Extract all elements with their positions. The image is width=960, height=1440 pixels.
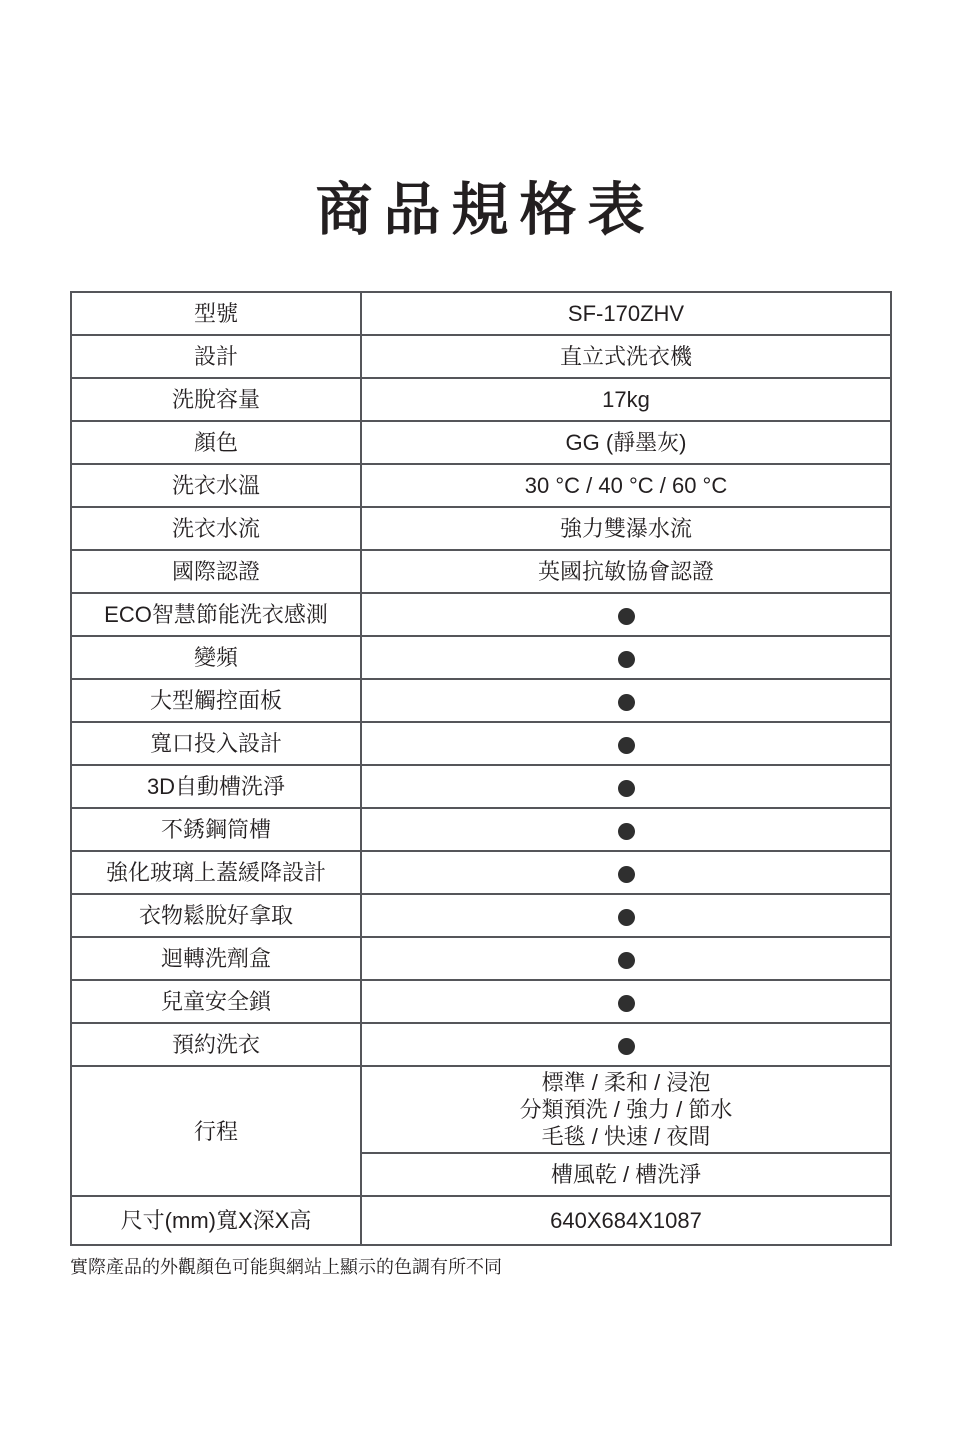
- spec-value: 強力雙瀑水流: [361, 507, 891, 550]
- spec-value: [361, 679, 891, 722]
- spec-label: 國際認證: [71, 550, 361, 593]
- page-title: 商品規格表: [0, 176, 960, 244]
- table-row: 型號SF-170ZHV: [71, 292, 891, 335]
- spec-label: 迴轉洗劑盒: [71, 937, 361, 980]
- spec-value: [361, 722, 891, 765]
- table-row: 衣物鬆脫好拿取: [71, 894, 891, 937]
- spec-label: 變頻: [71, 636, 361, 679]
- table-row: 國際認證英國抗敏協會認證: [71, 550, 891, 593]
- feature-dot-icon: [618, 694, 635, 711]
- feature-dot-icon: [618, 737, 635, 754]
- spec-label: ECO智慧節能洗衣感測: [71, 593, 361, 636]
- table-row: 寬口投入設計: [71, 722, 891, 765]
- table-row: 大型觸控面板: [71, 679, 891, 722]
- spec-table: 型號SF-170ZHV設計直立式洗衣機洗脫容量17kg顏色GG (靜墨灰)洗衣水…: [70, 291, 892, 1246]
- feature-dot-icon: [618, 866, 635, 883]
- table-row: 不銹鋼筒槽: [71, 808, 891, 851]
- program-line: 分類預洗 / 強力 / 節水: [368, 1096, 884, 1123]
- feature-dot-icon: [618, 909, 635, 926]
- spec-value: 640X684X1087: [361, 1196, 891, 1245]
- spec-label: 衣物鬆脫好拿取: [71, 894, 361, 937]
- spec-label: 不銹鋼筒槽: [71, 808, 361, 851]
- feature-dot-icon: [618, 823, 635, 840]
- spec-label: 尺寸(mm)寬X深X高: [71, 1196, 361, 1245]
- spec-value: [361, 593, 891, 636]
- spec-label: 洗脫容量: [71, 378, 361, 421]
- table-row: 洗脫容量17kg: [71, 378, 891, 421]
- program-line: 毛毯 / 快速 / 夜間: [368, 1123, 884, 1150]
- table-row: 行程標準 / 柔和 / 浸泡分類預洗 / 強力 / 節水毛毯 / 快速 / 夜間: [71, 1066, 891, 1153]
- spec-label: 洗衣水流: [71, 507, 361, 550]
- table-row: 設計直立式洗衣機: [71, 335, 891, 378]
- feature-dot-icon: [618, 1038, 635, 1055]
- table-row: 變頻: [71, 636, 891, 679]
- spec-label: 洗衣水溫: [71, 464, 361, 507]
- spec-value: SF-170ZHV: [361, 292, 891, 335]
- spec-label: 3D自動槽洗淨: [71, 765, 361, 808]
- spec-value: 17kg: [361, 378, 891, 421]
- feature-dot-icon: [618, 995, 635, 1012]
- table-row: 兒童安全鎖: [71, 980, 891, 1023]
- table-row: 預約洗衣: [71, 1023, 891, 1066]
- spec-label: 兒童安全鎖: [71, 980, 361, 1023]
- feature-dot-icon: [618, 952, 635, 969]
- table-row: 強化玻璃上蓋緩降設計: [71, 851, 891, 894]
- feature-dot-icon: [618, 780, 635, 797]
- spec-value: [361, 937, 891, 980]
- spec-value: 直立式洗衣機: [361, 335, 891, 378]
- table-row: 洗衣水溫30 °C / 40 °C / 60 °C: [71, 464, 891, 507]
- spec-label: 行程: [71, 1066, 361, 1196]
- spec-value: [361, 808, 891, 851]
- feature-dot-icon: [618, 608, 635, 625]
- footnote: 實際產品的外觀顏色可能與網站上顯示的色調有所不同: [70, 1255, 960, 1279]
- spec-label: 設計: [71, 335, 361, 378]
- table-row: 洗衣水流強力雙瀑水流: [71, 507, 891, 550]
- table-row: 顏色GG (靜墨灰): [71, 421, 891, 464]
- spec-value: [361, 980, 891, 1023]
- spec-label: 寬口投入設計: [71, 722, 361, 765]
- spec-value: [361, 851, 891, 894]
- spec-value: GG (靜墨灰): [361, 421, 891, 464]
- table-row: 尺寸(mm)寬X深X高640X684X1087: [71, 1196, 891, 1245]
- table-row: 迴轉洗劑盒: [71, 937, 891, 980]
- spec-label: 強化玻璃上蓋緩降設計: [71, 851, 361, 894]
- spec-label: 顏色: [71, 421, 361, 464]
- program-line: 標準 / 柔和 / 浸泡: [368, 1069, 884, 1096]
- spec-label: 大型觸控面板: [71, 679, 361, 722]
- spec-value: 英國抗敏協會認證: [361, 550, 891, 593]
- spec-value: 30 °C / 40 °C / 60 °C: [361, 464, 891, 507]
- spec-table-body: 型號SF-170ZHV設計直立式洗衣機洗脫容量17kg顏色GG (靜墨灰)洗衣水…: [71, 292, 891, 1245]
- spec-value: [361, 765, 891, 808]
- spec-value: [361, 1023, 891, 1066]
- spec-label: 型號: [71, 292, 361, 335]
- table-row: ECO智慧節能洗衣感測: [71, 593, 891, 636]
- spec-value: 槽風乾 / 槽洗淨: [361, 1153, 891, 1196]
- table-row: 3D自動槽洗淨: [71, 765, 891, 808]
- spec-value: 標準 / 柔和 / 浸泡分類預洗 / 強力 / 節水毛毯 / 快速 / 夜間: [361, 1066, 891, 1153]
- spec-label: 預約洗衣: [71, 1023, 361, 1066]
- program-line: 槽風乾 / 槽洗淨: [368, 1161, 884, 1188]
- spec-value: [361, 636, 891, 679]
- feature-dot-icon: [618, 651, 635, 668]
- spec-value: [361, 894, 891, 937]
